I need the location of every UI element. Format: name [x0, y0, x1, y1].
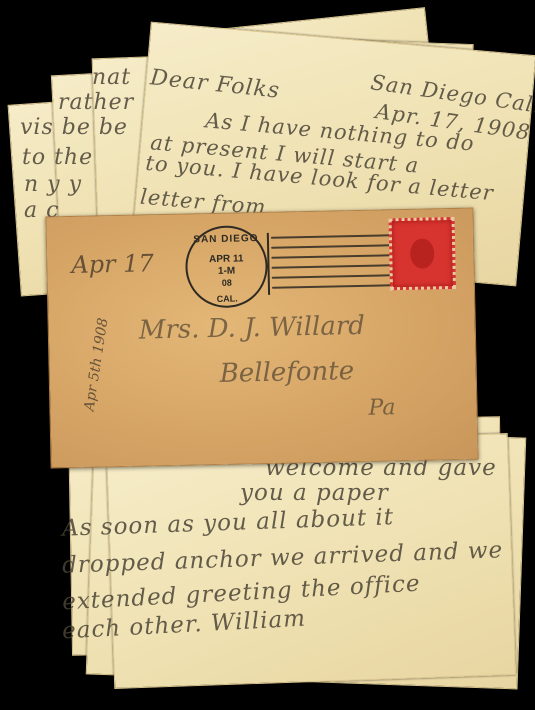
postage-stamp [389, 217, 456, 290]
flag-cancel-icon [267, 230, 388, 292]
address-city: Bellefonte [219, 356, 354, 389]
fragment-text: nat [92, 65, 131, 90]
postmark-state: CAL. [188, 293, 266, 305]
fragment-text: n y y [24, 172, 82, 197]
postmark-city: SAN DIEGO [187, 233, 265, 246]
fragment-text: rather [58, 90, 134, 115]
postmark: SAN DIEGO APR 11 1-M 08 CAL. [185, 225, 269, 309]
fragment-text: vis be be [20, 115, 128, 140]
postmark-year: 08 [188, 277, 266, 289]
letter-line: you a paper [240, 480, 389, 506]
envelope: SAN DIEGO APR 11 1-M 08 CAL. Apr 17 Apr … [45, 208, 478, 469]
stamp-portrait-icon [410, 238, 435, 268]
envelope-side-note: Apr 5th 1908 [81, 317, 111, 412]
postmark-time: 1-M [187, 265, 265, 278]
photo-scene: nat rather vis be be to the n y y a c De… [0, 0, 535, 710]
postmark-date: APR 11 [187, 253, 265, 266]
envelope-corner-note: Apr 17 [71, 249, 154, 279]
address-state: Pa [368, 395, 395, 421]
address-name: Mrs. D. J. Willard [139, 311, 366, 346]
fragment-text: to the [22, 145, 93, 170]
